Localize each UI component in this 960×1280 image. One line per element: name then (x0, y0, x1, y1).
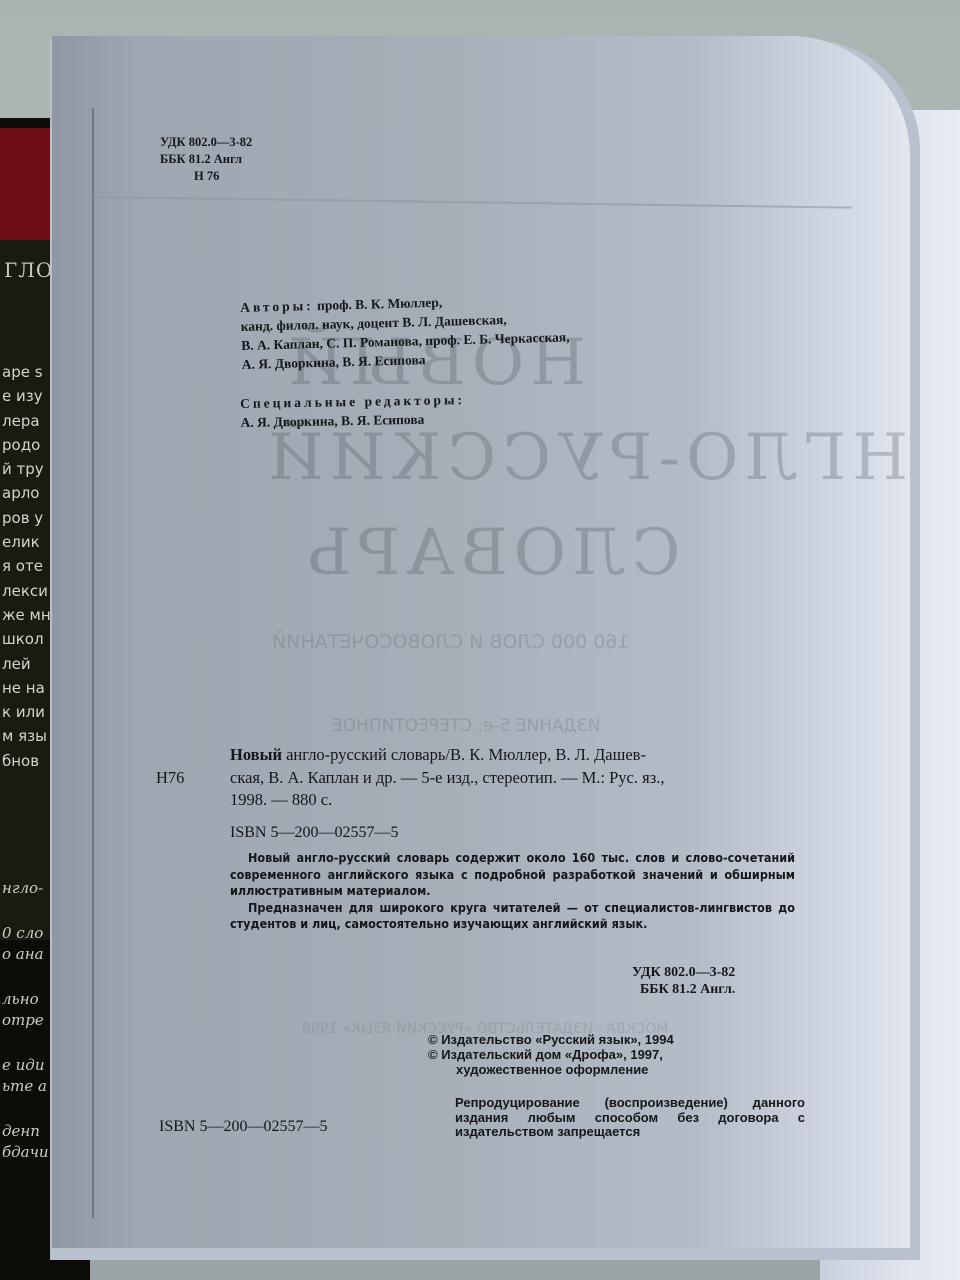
annotation: Новый англо-русский словарь содержит око… (230, 850, 795, 933)
editors-block: Специальные редакторы: А. Я. Дворкина, В… (240, 390, 465, 432)
authors-label: Авторы: (240, 298, 314, 315)
annotation-paragraph: Новый англо-русский словарь содержит око… (230, 850, 795, 900)
bbk-code: ББК 81.2 Англ. (632, 981, 735, 998)
cover-text-line: елик (2, 530, 50, 554)
cover-italic-line: 0 сло (2, 923, 50, 944)
classification-top: УДК 802.0—3-82 ББК 81.2 Англ Н 76 (160, 134, 252, 185)
bleed-subtitle: 160 000 СЛОВ И СЛОВОСОЧЕТАНИЙ (272, 631, 630, 653)
cover-text-line: е изу (2, 384, 50, 408)
cover-italic-line: денп (2, 1121, 50, 1142)
cover-italic-line: отре (2, 1010, 50, 1031)
cover-text-line: я оте (2, 554, 50, 578)
editors-label: Специальные редакторы: (240, 390, 465, 413)
cover-text-line: лей (2, 652, 50, 676)
cover-italic-line: ьте а (2, 1076, 50, 1097)
authors-block: Авторы: проф. В. К. Мюллер, канд. филол.… (240, 289, 570, 374)
copyright-line: художественное оформление (428, 1062, 803, 1077)
cover-text-line: же мн (2, 603, 50, 627)
record-code: Н76 (156, 767, 230, 790)
copyright-block: © Издательство «Русский язык», 1994 © Из… (428, 1032, 803, 1077)
bleed-title-3: СЛОВАРЬ (302, 516, 681, 590)
bbk-code: ББК 81.2 Англ (160, 151, 252, 168)
cover-text-line: ров у (2, 506, 50, 530)
cover-text-line: бнов (2, 749, 50, 773)
cover-text-line: школ (2, 627, 50, 651)
cover-italic-line: е иди (2, 1055, 50, 1076)
udk-code: УДК 802.0—3-82 (632, 964, 735, 981)
cover-italic-text: нгло-0 слоо анальноотрее идиьте аденпбда… (2, 878, 50, 1163)
copyright-line: © Издательский дом «Дрофа», 1997, (428, 1047, 803, 1062)
annotation-paragraph: Предназначен для широкого круга читателе… (230, 900, 795, 933)
editors-names: А. Я. Дворкина, В. Я. Есипова (240, 409, 465, 432)
bleed-edition: ИЗДАНИЕ 5-е, СТЕРЕОТИПНОЕ (332, 716, 601, 736)
cover-title-fragment: ГЛО (4, 258, 50, 282)
cover-italic-line: бдачи (2, 1142, 50, 1163)
cover-italic-line: нгло- (2, 878, 50, 899)
record-line: англо-русский словарь/В. К. Мюллер, В. Л… (286, 745, 646, 764)
record-title: Новый (230, 745, 282, 764)
isbn-bottom: ISBN 5—200—02557—5 (159, 1118, 327, 1136)
author-mark: Н 76 (160, 168, 252, 185)
page-fold-line (92, 196, 852, 209)
udk-code: УДК 802.0—3-82 (160, 134, 252, 151)
cover-text-line: лера (2, 409, 50, 433)
isbn-record: ISBN 5—200—02557—5 (230, 824, 398, 842)
cover-text-line: арло (2, 481, 50, 505)
cover-text-line: к или (2, 700, 50, 724)
cover-italic-line: льно (2, 989, 50, 1010)
record-line: 1998. — 880 с. (230, 789, 770, 812)
copyright-line: © Издательство «Русский язык», 1994 (428, 1032, 803, 1047)
cover-text-line: не на (2, 676, 50, 700)
bibliographic-record: Новый англо-русский словарь/В. К. Мюллер… (156, 744, 770, 812)
record-line: ская, В. А. Каплан и др. — 5-е изд., сте… (230, 767, 770, 790)
author-line: проф. В. К. Мюллер, (317, 295, 443, 313)
reproduction-notice: Репродуцирование (воспроизведение) данно… (455, 1096, 805, 1140)
cover-text-line: родо (2, 433, 50, 457)
cover-italic-line: о ана (2, 944, 50, 965)
classification-bottom: УДК 802.0—3-82 ББК 81.2 Англ. (632, 964, 735, 998)
cover-text-line: м язы (2, 724, 50, 748)
bleed-title-2: АНГЛО-РУССКИЙ (262, 421, 910, 495)
cover-text-line: й тру (2, 457, 50, 481)
cover-text-line: лекси (2, 579, 50, 603)
page-edge-line (92, 108, 94, 1218)
cover-text: аре sе изулерародой труарлоров уеликя от… (2, 360, 50, 773)
imprint-page: НОВЫЙ АНГЛО-РУССКИЙ СЛОВАРЬ 160 000 СЛОВ… (52, 36, 910, 1248)
cover-red-band (0, 128, 50, 240)
cover-text-line: аре s (2, 360, 50, 384)
